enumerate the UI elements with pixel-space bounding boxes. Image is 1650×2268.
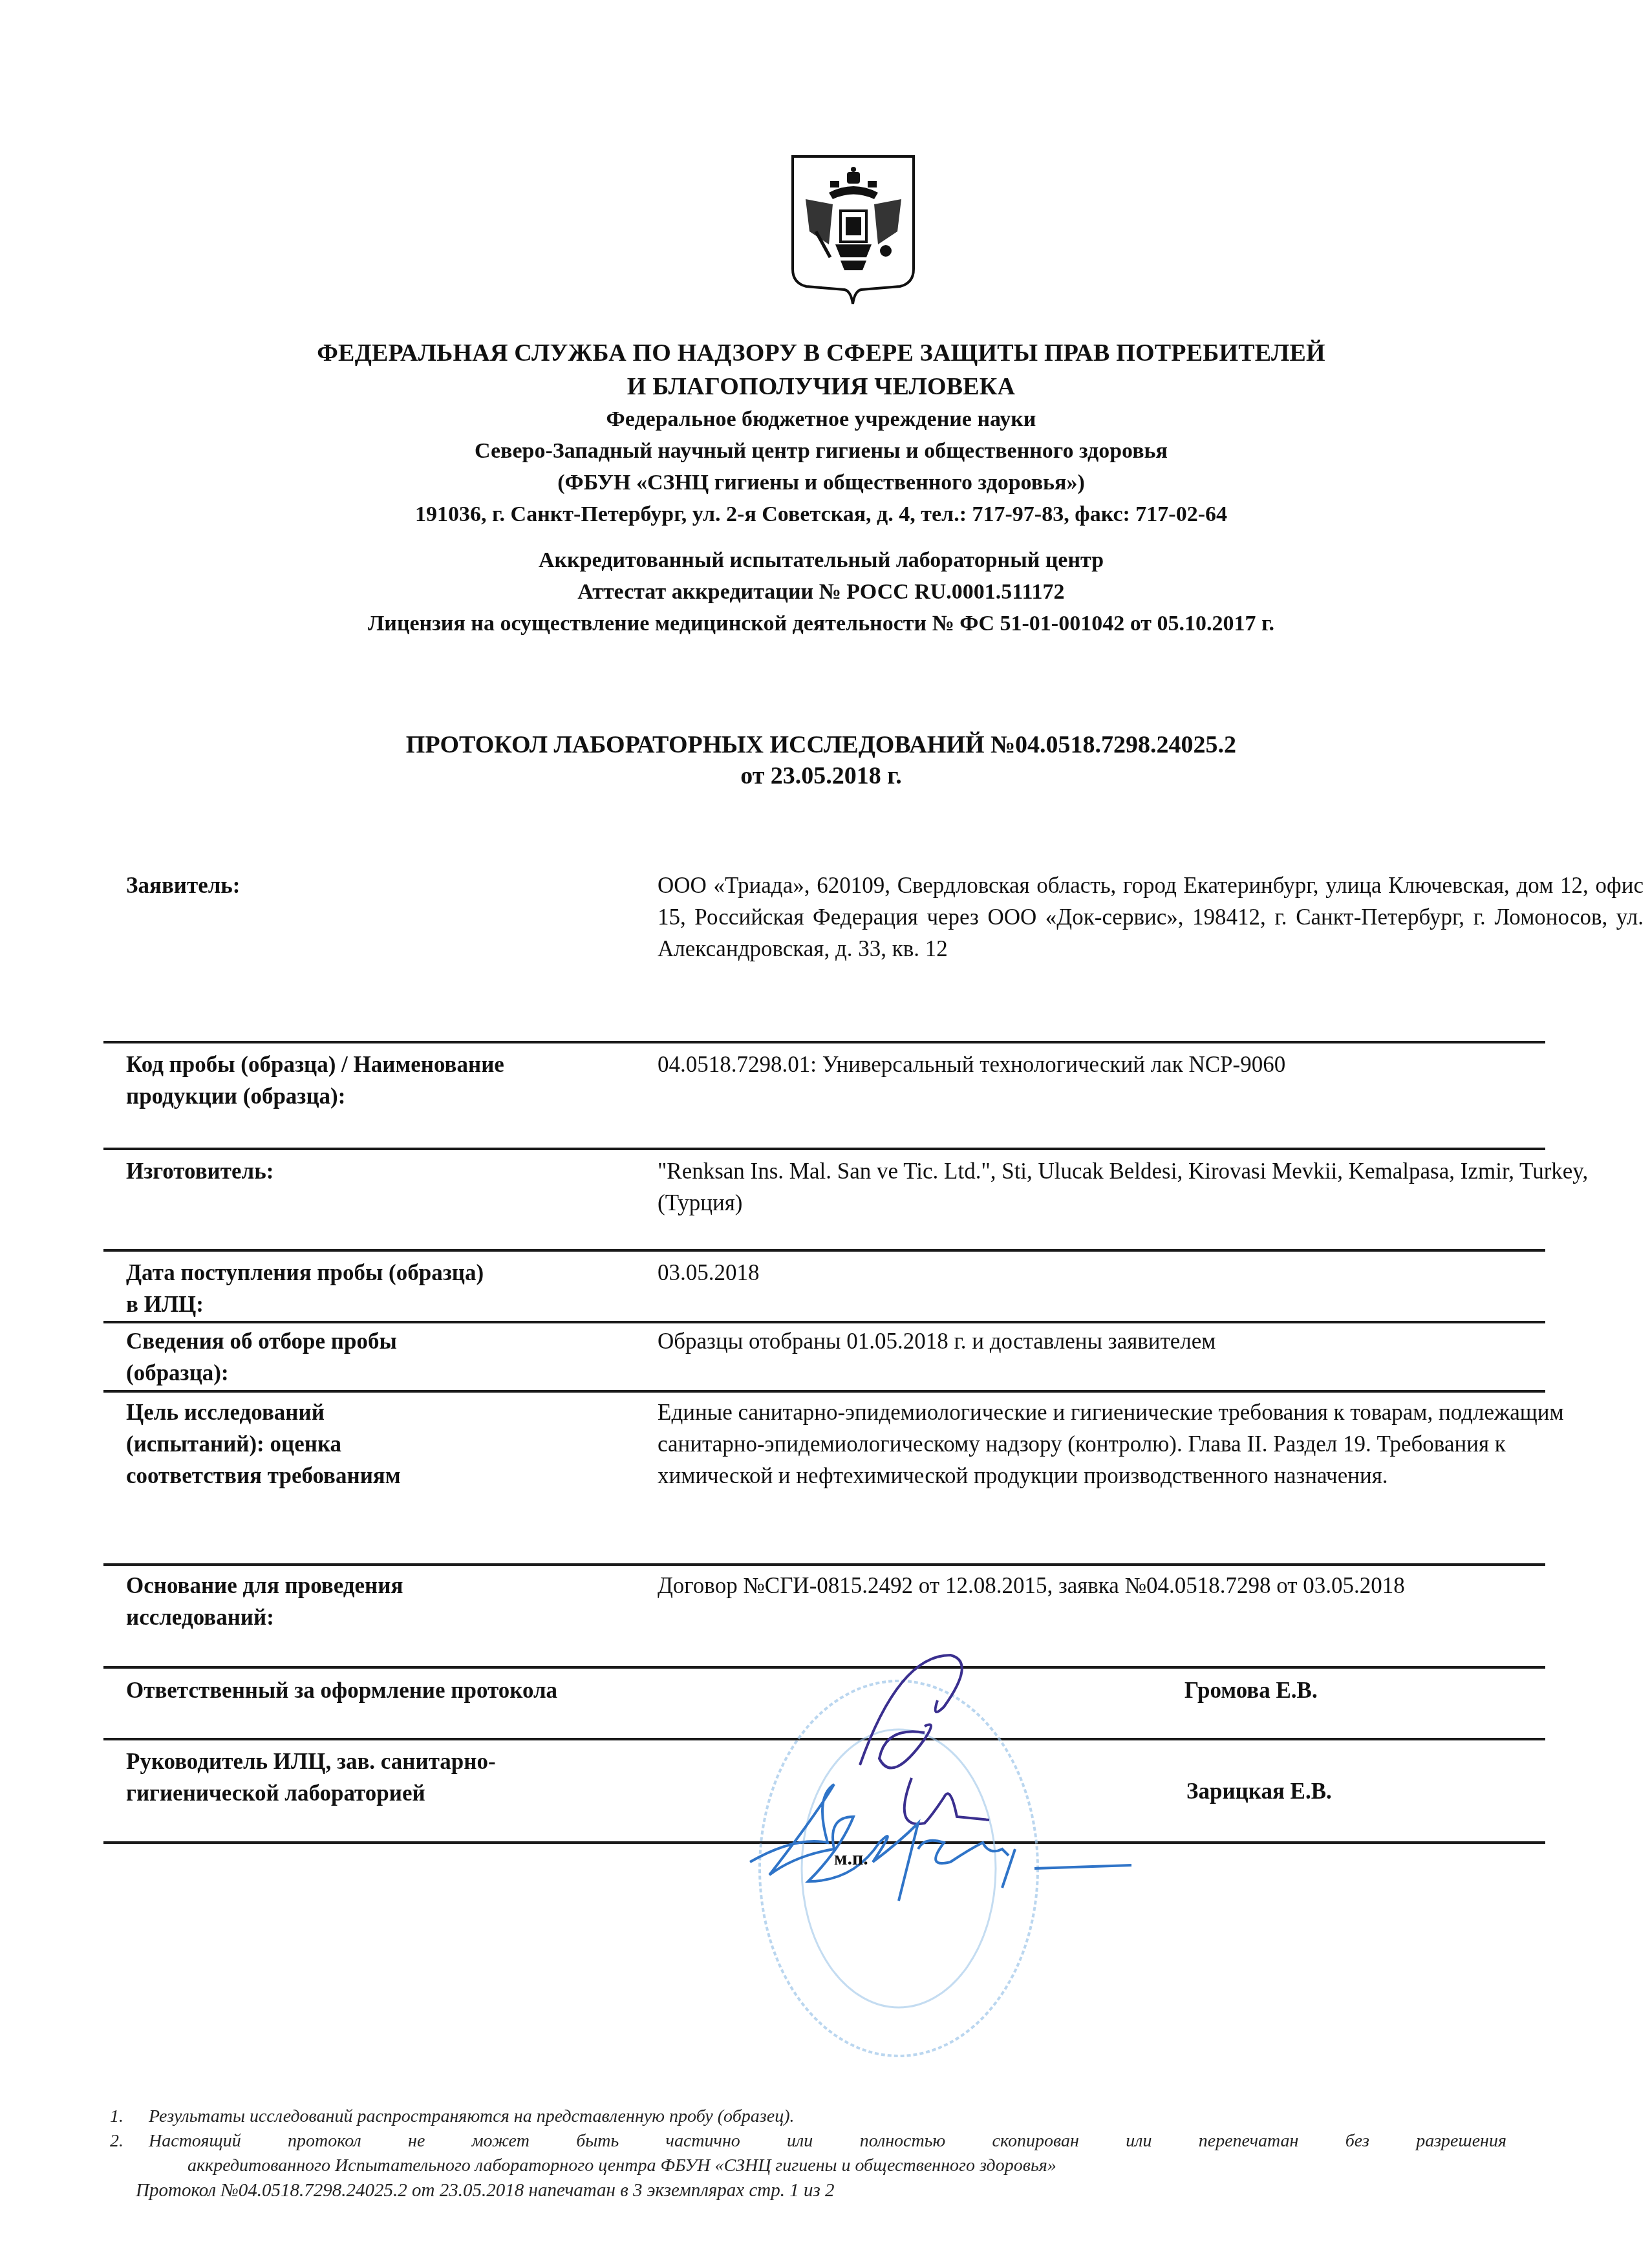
field-value: Договор №СГИ-0815.2492 от 12.08.2015, за… [658, 1570, 1550, 1601]
signatory-name: Громова Е.В. [1184, 1674, 1318, 1706]
field-label: Сведения об отборе пробы (образца): [126, 1325, 488, 1389]
field-label: Код пробы (образца) / Наименование проду… [126, 1049, 514, 1112]
institution-type: Федеральное бюджетное учреждение науки [194, 403, 1448, 435]
footer-note-2-continuation: аккредитованного Испытательного лаборато… [110, 2154, 1506, 2178]
handwritten-signature-icon [731, 1629, 1183, 1965]
table-divider [103, 1249, 1545, 1252]
table-divider [103, 1390, 1545, 1393]
field-value: ООО «Триада», 620109, Свердловская облас… [658, 870, 1644, 965]
printed-copies-info: Протокол №04.0518.7298.24025.2 от 23.05.… [110, 2178, 1506, 2203]
footer-note-1: 1. Результаты исследований распространяю… [110, 2104, 1506, 2129]
field-label: Изготовитель: [126, 1155, 592, 1187]
stamp-place-mark: м.п. [834, 1848, 868, 1870]
table-divider [103, 1041, 1545, 1043]
field-label: Цель исследований (испытаний): оценка со… [126, 1396, 423, 1492]
footer-note-2: 2. Настоящий протокол не может быть част… [110, 2129, 1506, 2154]
table-divider [103, 1563, 1545, 1566]
field-value: 04.0518.7298.01: Универсальный технологи… [658, 1049, 1627, 1080]
table-divider [103, 1148, 1545, 1150]
accreditation-certificate: Аттестат аккредитации № РОСС RU.0001.511… [194, 576, 1448, 608]
institution-short-name: (ФБУН «СЗНЦ гигиены и общественного здор… [194, 467, 1448, 498]
footer-notes: 1. Результаты исследований распространяю… [110, 2104, 1506, 2203]
field-label: Основание для проведения исследований: [126, 1570, 488, 1633]
signature-role: Руководитель ИЛЦ, зав. санитарно-гигиени… [126, 1746, 553, 1809]
field-value: Единые санитарно-эпидемиологические и ги… [658, 1396, 1602, 1492]
institution-address: 191036, г. Санкт-Петербург, ул. 2-я Сове… [194, 498, 1448, 530]
field-value: 03.05.2018 [658, 1257, 1627, 1289]
table-divider [103, 1321, 1545, 1323]
service-name-line2: И БЛАГОПОЛУЧИЯ ЧЕЛОВЕКА [194, 370, 1448, 403]
signature-role: Ответственный за оформление протокола [126, 1674, 773, 1706]
institution-name: Северо-Западный научный центр гигиены и … [194, 435, 1448, 467]
field-value: "Renksan Ins. Mal. San ve Tic. Ltd.", St… [658, 1155, 1608, 1219]
medical-license: Лицензия на осуществление медицинской де… [194, 608, 1448, 639]
document-header: ФЕДЕРАЛЬНАЯ СЛУЖБА ПО НАДЗОРУ В СФЕРЕ ЗА… [194, 336, 1448, 639]
lab-center-name: Аккредитованный испытательный лабораторн… [194, 544, 1448, 576]
protocol-number: ПРОТОКОЛ ЛАБОРАТОРНЫХ ИССЛЕДОВАНИЙ №04.0… [194, 729, 1448, 760]
coat-of-arms-emblem-icon [790, 154, 916, 306]
signatory-name: Зарицкая Е.В. [1186, 1775, 1332, 1807]
service-name-line1: ФЕДЕРАЛЬНАЯ СЛУЖБА ПО НАДЗОРУ В СФЕРЕ ЗА… [194, 336, 1448, 370]
field-label: Дата поступления пробы (образца) в ИЛЦ: [126, 1257, 488, 1320]
field-label: Заявитель: [126, 870, 592, 901]
protocol-title: ПРОТОКОЛ ЛАБОРАТОРНЫХ ИССЛЕДОВАНИЙ №04.0… [194, 729, 1448, 791]
protocol-date: от 23.05.2018 г. [194, 760, 1448, 791]
field-value: Образцы отобраны 01.05.2018 г. и доставл… [658, 1325, 1627, 1357]
